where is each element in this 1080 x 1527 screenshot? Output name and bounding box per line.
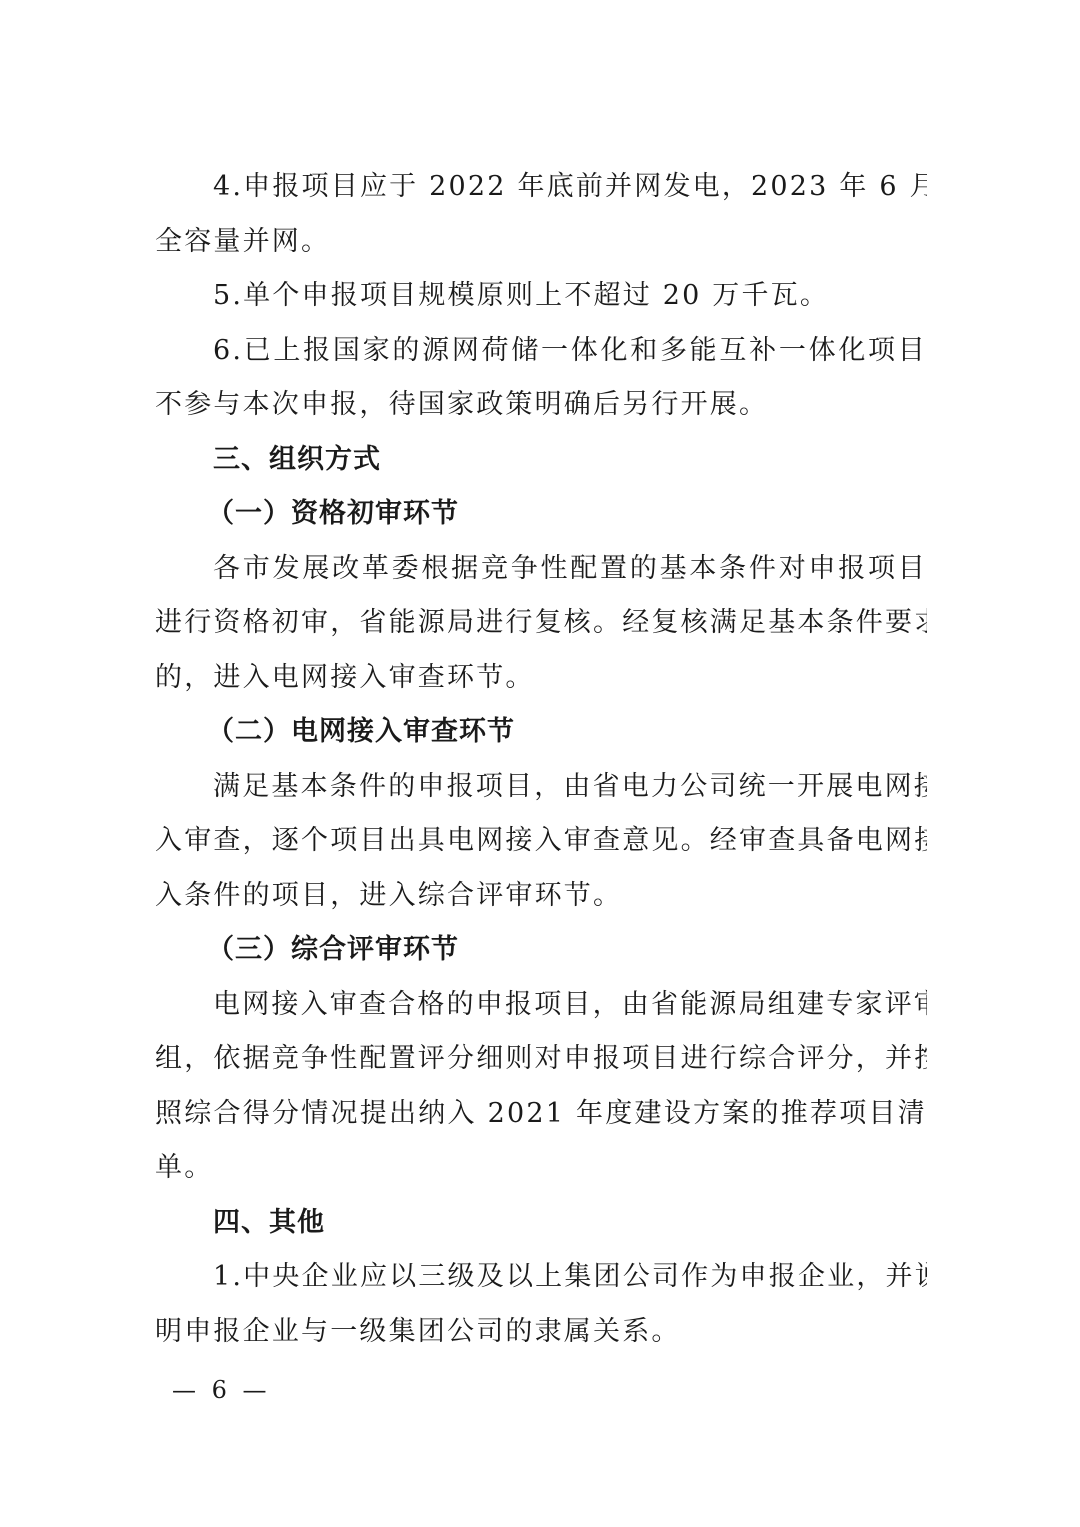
qualification-body-line-2: 进行资格初审，省能源局进行复核。经复核满足基本条件要求 xyxy=(155,596,927,651)
comprehensive-body-line-3: 照综合得分情况提出纳入 2021 年度建设方案的推荐项目清 xyxy=(155,1087,927,1142)
comprehensive-body-line-4: 单。 xyxy=(155,1141,927,1196)
document-page: 4.申报项目应于 2022 年底前并网发电，2023 年 6 月底前 全容量并网… xyxy=(155,160,927,1359)
grid-access-body-line-2: 入审查，逐个项目出具电网接入审查意见。经审查具备电网接 xyxy=(155,814,927,869)
subheading-grid-access-review: （二）电网接入审查环节 xyxy=(155,705,927,760)
comprehensive-body-line-1: 电网接入审查合格的申报项目，由省能源局组建专家评审 xyxy=(155,978,927,1033)
item-6-line-1: 6.已上报国家的源网荷储一体化和多能互补一体化项目 xyxy=(155,324,927,379)
item-4-line-2: 全容量并网。 xyxy=(155,215,927,270)
page-number: — 6 — xyxy=(172,1376,271,1404)
other-item-1-line-2: 明申报企业与一级集团公司的隶属关系。 xyxy=(155,1305,927,1360)
item-6-line-2: 不参与本次申报，待国家政策明确后另行开展。 xyxy=(155,378,927,433)
item-4-line-1: 4.申报项目应于 2022 年底前并网发电，2023 年 6 月底前 xyxy=(155,160,927,215)
subheading-comprehensive-review: （三）综合评审环节 xyxy=(155,923,927,978)
qualification-body-line-3: 的，进入电网接入审查环节。 xyxy=(155,651,927,706)
other-item-1-line-1: 1.中央企业应以三级及以上集团公司作为申报企业，并说 xyxy=(155,1250,927,1305)
qualification-body-line-1: 各市发展改革委根据竞争性配置的基本条件对申报项目 xyxy=(155,542,927,597)
comprehensive-body-line-2: 组，依据竞争性配置评分细则对申报项目进行综合评分，并按 xyxy=(155,1032,927,1087)
section-heading-organization: 三、组织方式 xyxy=(155,433,927,488)
grid-access-body-line-1: 满足基本条件的申报项目，由省电力公司统一开展电网接 xyxy=(155,760,927,815)
subheading-qualification-review: （一）资格初审环节 xyxy=(155,487,927,542)
item-5-line-1: 5.单个申报项目规模原则上不超过 20 万千瓦。 xyxy=(155,269,927,324)
grid-access-body-line-3: 入条件的项目，进入综合评审环节。 xyxy=(155,869,927,924)
section-heading-other: 四、其他 xyxy=(155,1196,927,1251)
